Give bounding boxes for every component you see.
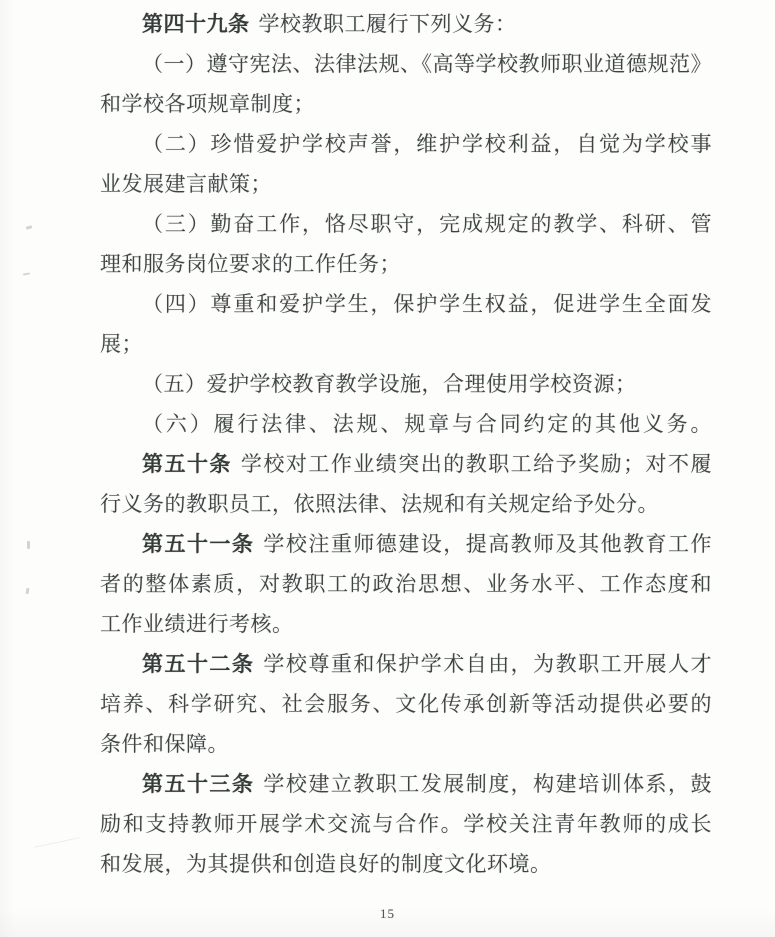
text-line: 条件和保障。 bbox=[100, 724, 712, 764]
scan-speck bbox=[25, 588, 29, 594]
text-line: 第四十九条学校教职工履行下列义务： bbox=[100, 4, 712, 44]
document-body: 第四十九条学校教职工履行下列义务：（一）遵守宪法、法律法规、《高等学校教师职业道… bbox=[100, 4, 712, 884]
text-line: 第五十条学校对工作业绩突出的教职工给予奖励；对不履 bbox=[100, 444, 712, 484]
text-line: （五）爱护学校教育教学设施，合理使用学校资源； bbox=[100, 364, 712, 404]
article-text: 学校尊重和保护学术自由，为教职工开展人才 bbox=[263, 652, 712, 676]
text-line: 第五十二条学校尊重和保护学术自由，为教职工开展人才 bbox=[100, 644, 712, 684]
scan-scratch bbox=[34, 837, 79, 848]
article-number: 第四十九条 bbox=[142, 13, 250, 36]
text-line: 行义务的教职员工，依照法律、法规和有关规定给予处分。 bbox=[100, 484, 712, 524]
article-text: 学校对工作业绩突出的教职工给予奖励；对不履 bbox=[241, 452, 712, 476]
article-number: 第五十一条 bbox=[142, 533, 254, 556]
text-line: （三）勤奋工作，恪尽职守，完成规定的教学、科研、管 bbox=[100, 204, 712, 244]
text-line: 理和服务岗位要求的工作任务； bbox=[100, 244, 712, 284]
text-line: 和发展，为其提供和创造良好的制度文化环境。 bbox=[100, 844, 712, 884]
text-line: 励和支持教师开展学术交流与合作。学校关注青年教师的成长 bbox=[100, 804, 712, 844]
text-line: 业发展建言献策； bbox=[100, 164, 712, 204]
scan-speck bbox=[23, 272, 30, 275]
article-number: 第五十二条 bbox=[142, 653, 254, 676]
document-page: 第四十九条学校教职工履行下列义务：（一）遵守宪法、法律法规、《高等学校教师职业道… bbox=[0, 0, 775, 937]
text-line: 培养、科学研究、社会服务、文化传承创新等活动提供必要的 bbox=[100, 684, 712, 724]
scan-speck bbox=[27, 541, 30, 549]
article-number: 第五十条 bbox=[142, 453, 232, 476]
text-line: 和学校各项规章制度； bbox=[100, 84, 712, 124]
text-line: 者的整体素质，对教职工的政治思想、业务水平、工作态度和 bbox=[100, 564, 712, 604]
text-line: 工作业绩进行考核。 bbox=[100, 604, 712, 644]
text-line: （六）履行法律、法规、规章与合同约定的其他义务。 bbox=[100, 404, 712, 444]
text-line: （二）珍惜爱护学校声誉，维护学校利益，自觉为学校事 bbox=[100, 124, 712, 164]
page-number: 15 bbox=[0, 906, 775, 922]
scan-speck bbox=[26, 225, 33, 229]
text-line: （一）遵守宪法、法律法规、《高等学校教师职业道德规范》 bbox=[100, 44, 712, 84]
text-line: 第五十一条学校注重师德建设，提高教师及其他教育工作 bbox=[100, 524, 712, 564]
article-text: 学校教职工履行下列义务： bbox=[259, 12, 517, 36]
article-text: 学校注重师德建设，提高教师及其他教育工作 bbox=[263, 532, 712, 556]
text-line: 第五十三条学校建立教职工发展制度，构建培训体系，鼓 bbox=[100, 764, 712, 804]
article-number: 第五十三条 bbox=[142, 773, 254, 796]
text-line: 展； bbox=[100, 324, 712, 364]
article-text: 学校建立教职工发展制度，构建培训体系，鼓 bbox=[263, 772, 712, 796]
text-line: （四）尊重和爱护学生，保护学生权益，促进学生全面发 bbox=[100, 284, 712, 324]
